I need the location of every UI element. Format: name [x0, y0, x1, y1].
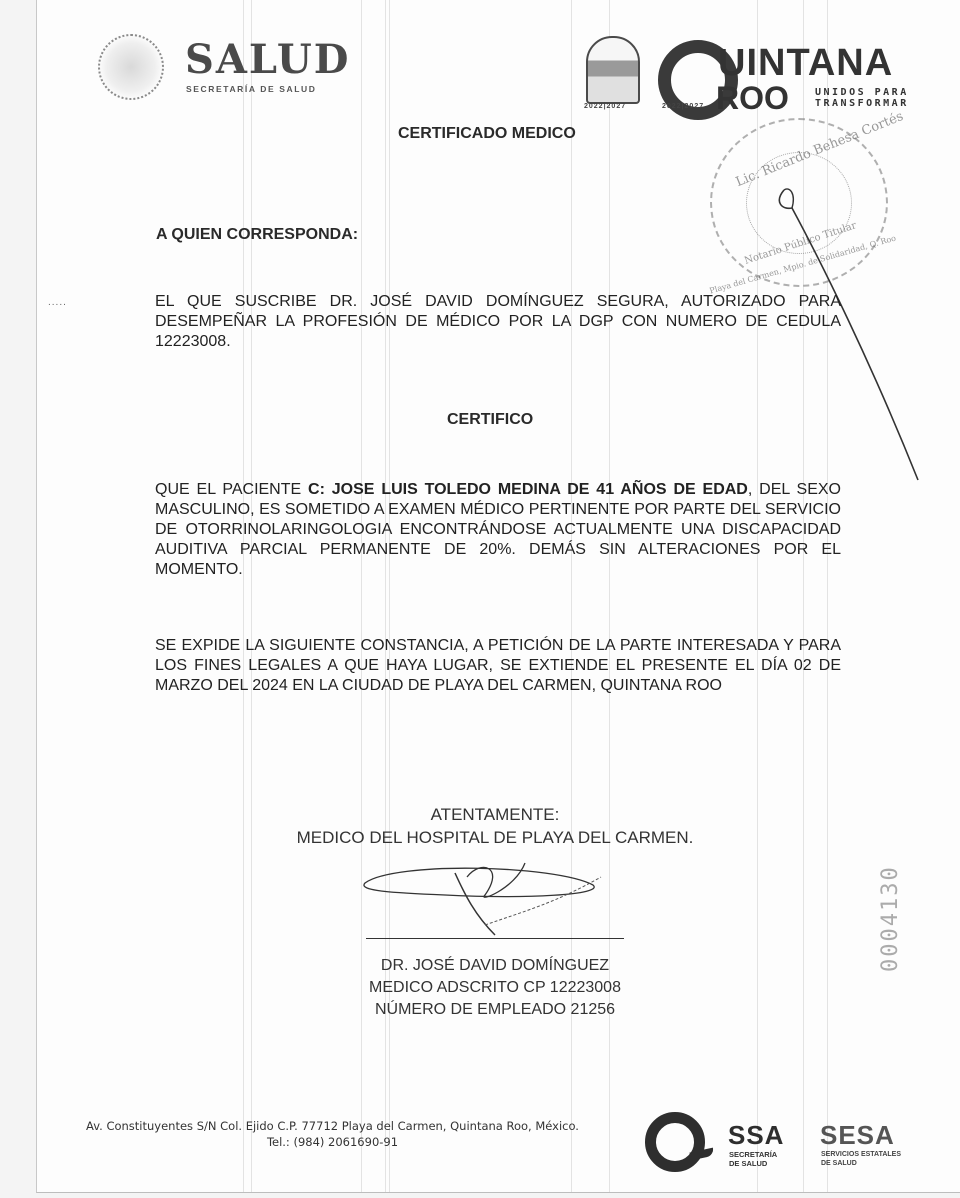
- signer-name: DR. JOSÉ DAVID DOMÍNGUEZ: [330, 955, 660, 976]
- greeting: A QUIEN CORRESPONDA:: [156, 226, 358, 244]
- ssa-logo: SSA: [728, 1120, 784, 1151]
- slogan-line-1: UNIDOS PARA: [815, 87, 909, 98]
- ssa-sub-1: SECRETARÍA: [729, 1150, 777, 1159]
- hospital-line: MEDICO DEL HOSPITAL DE PLAYA DEL CARMEN.: [0, 828, 960, 848]
- folio-stamp: 0004130: [878, 822, 918, 972]
- sesa-subtitle: SERVICIOS ESTATALES DE SALUD: [821, 1150, 901, 1168]
- certifico-heading: CERTIFICO: [447, 411, 533, 429]
- address-line: Av. Constituyentes S/N Col. Ejido C.P. 7…: [40, 1118, 625, 1134]
- patient-prefix: QUE EL PACIENTE: [155, 481, 308, 498]
- slogan-line-2: TRANSFORMAR: [815, 98, 909, 109]
- signer-employee-number: NÚMERO DE EMPLEADO 21256: [330, 999, 660, 1020]
- document-title: CERTIFICADO MEDICO: [398, 125, 576, 143]
- signature-line: [366, 938, 624, 939]
- shield-years: 2022|2027: [584, 103, 626, 110]
- closing-paragraph: SE EXPIDE LA SIGUIENTE CONSTANCIA, A PET…: [155, 636, 841, 696]
- ssa-sub-2: DE SALUD: [729, 1159, 777, 1168]
- intro-paragraph: EL QUE SUSCRIBE DR. JOSÉ DAVID DOMÍNGUEZ…: [155, 292, 841, 352]
- patient-paragraph: QUE EL PACIENTE C: JOSE LUIS TOLEDO MEDI…: [155, 480, 841, 580]
- phone-line: Tel.: (984) 2061690-91: [40, 1134, 625, 1150]
- atentamente: ATENTAMENTE:: [0, 805, 960, 825]
- quintana-roo-q-footer-icon: [645, 1112, 705, 1172]
- doctor-signature: [355, 855, 615, 945]
- sesa-logo: SESA: [820, 1120, 895, 1151]
- sesa-sub-2: DE SALUD: [821, 1159, 901, 1168]
- ssa-subtitle: SECRETARÍA DE SALUD: [729, 1150, 777, 1168]
- mexico-coat-of-arms-icon: [98, 34, 164, 100]
- quintana-roo-roo: ROO: [716, 80, 789, 117]
- sesa-sub-1: SERVICIOS ESTATALES: [821, 1150, 901, 1159]
- signer-role: MEDICO ADSCRITO CP 12223008: [330, 977, 660, 998]
- quintana-roo-title: UINTANA: [718, 42, 893, 85]
- footer-address: Av. Constituyentes S/N Col. Ejido C.P. 7…: [40, 1118, 625, 1150]
- patient-name: C: JOSE LUIS TOLEDO MEDINA DE 41 AÑOS DE…: [308, 481, 748, 498]
- margin-dots: .....: [48, 297, 67, 308]
- salud-logo-subtitle: SECRETARÍA DE SALUD: [186, 84, 317, 94]
- salud-logo-text: SALUD: [185, 36, 350, 83]
- qroo-years: 2022|2027: [662, 103, 704, 110]
- quintana-roo-slogan: UNIDOS PARA TRANSFORMAR: [815, 87, 909, 109]
- quintana-roo-shield-icon: [586, 36, 640, 104]
